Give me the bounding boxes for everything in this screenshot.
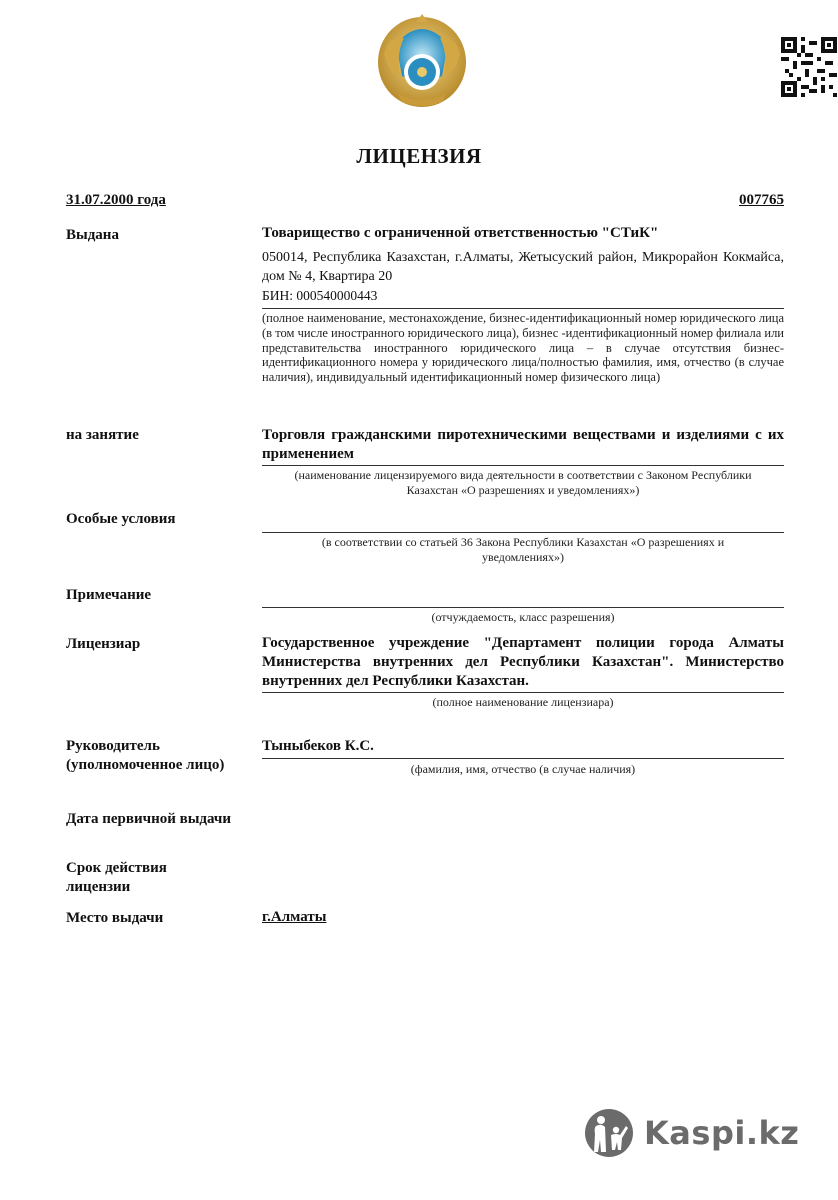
head-value: Тыныбеков К.С. bbox=[262, 737, 784, 756]
remark-note: (отчуждаемость, класс разрешения) bbox=[262, 610, 784, 625]
activity-note: (наименование лицензируемого вида деятел… bbox=[262, 468, 784, 498]
document-title: ЛИЦЕНЗИЯ bbox=[0, 144, 838, 169]
activity-value: Торговля гражданскими пиротехническими в… bbox=[262, 426, 784, 464]
head-label: Руководитель (уполномоченное лицо) bbox=[66, 737, 224, 775]
head-note: (фамилия, имя, отчество (в случае наличи… bbox=[262, 762, 784, 777]
licensor-label: Лицензиар bbox=[66, 635, 140, 654]
state-emblem-icon bbox=[376, 14, 468, 110]
place-label: Место выдачи bbox=[66, 909, 163, 928]
first-issue-label: Дата первичной выдачи bbox=[66, 810, 231, 829]
divider bbox=[262, 532, 784, 533]
place-value: г.Алматы bbox=[262, 909, 326, 926]
kaspi-logo-icon bbox=[584, 1108, 634, 1158]
divider bbox=[262, 758, 784, 759]
issued-to-note: (полное наименование, местонахождение, б… bbox=[262, 311, 784, 385]
licensor-value: Государственное учреждение "Департамент … bbox=[262, 634, 784, 691]
licensor-note: (полное наименование лицензиара) bbox=[262, 695, 784, 710]
issue-date: 31.07.2000 года bbox=[66, 192, 166, 209]
kaspi-text: Kaspi.kz bbox=[644, 1114, 799, 1152]
validity-label: Срок действия лицензии bbox=[66, 859, 167, 897]
divider bbox=[262, 465, 784, 466]
divider bbox=[262, 692, 784, 693]
licensee-address: 050014, Республика Казахстан, г.Алматы, … bbox=[262, 248, 784, 286]
licensee-address-block: 050014, Республика Казахстан, г.Алматы, … bbox=[262, 248, 784, 305]
special-conditions-label: Особые условия bbox=[66, 510, 176, 529]
validity-label-line1: Срок действия bbox=[66, 859, 167, 878]
licensee-bin: БИН: 000540000443 bbox=[262, 286, 784, 305]
licensee-name: Товарищество с ограниченной ответственно… bbox=[262, 224, 784, 243]
divider bbox=[262, 607, 784, 608]
kaspi-watermark: Kaspi.kz bbox=[584, 1108, 799, 1158]
issued-to-label: Выдана bbox=[66, 226, 119, 245]
special-conditions-note: (в соответствии со статьей 36 Закона Рес… bbox=[262, 535, 784, 565]
activity-label: на занятие bbox=[66, 426, 139, 445]
validity-label-line2: лицензии bbox=[66, 878, 167, 897]
license-number: 007765 bbox=[739, 192, 784, 209]
remark-label: Примечание bbox=[66, 586, 151, 605]
head-label-line1: Руководитель bbox=[66, 737, 224, 756]
divider bbox=[262, 308, 784, 309]
qr-code-icon bbox=[781, 36, 837, 98]
head-label-line2: (уполномоченное лицо) bbox=[66, 756, 224, 775]
